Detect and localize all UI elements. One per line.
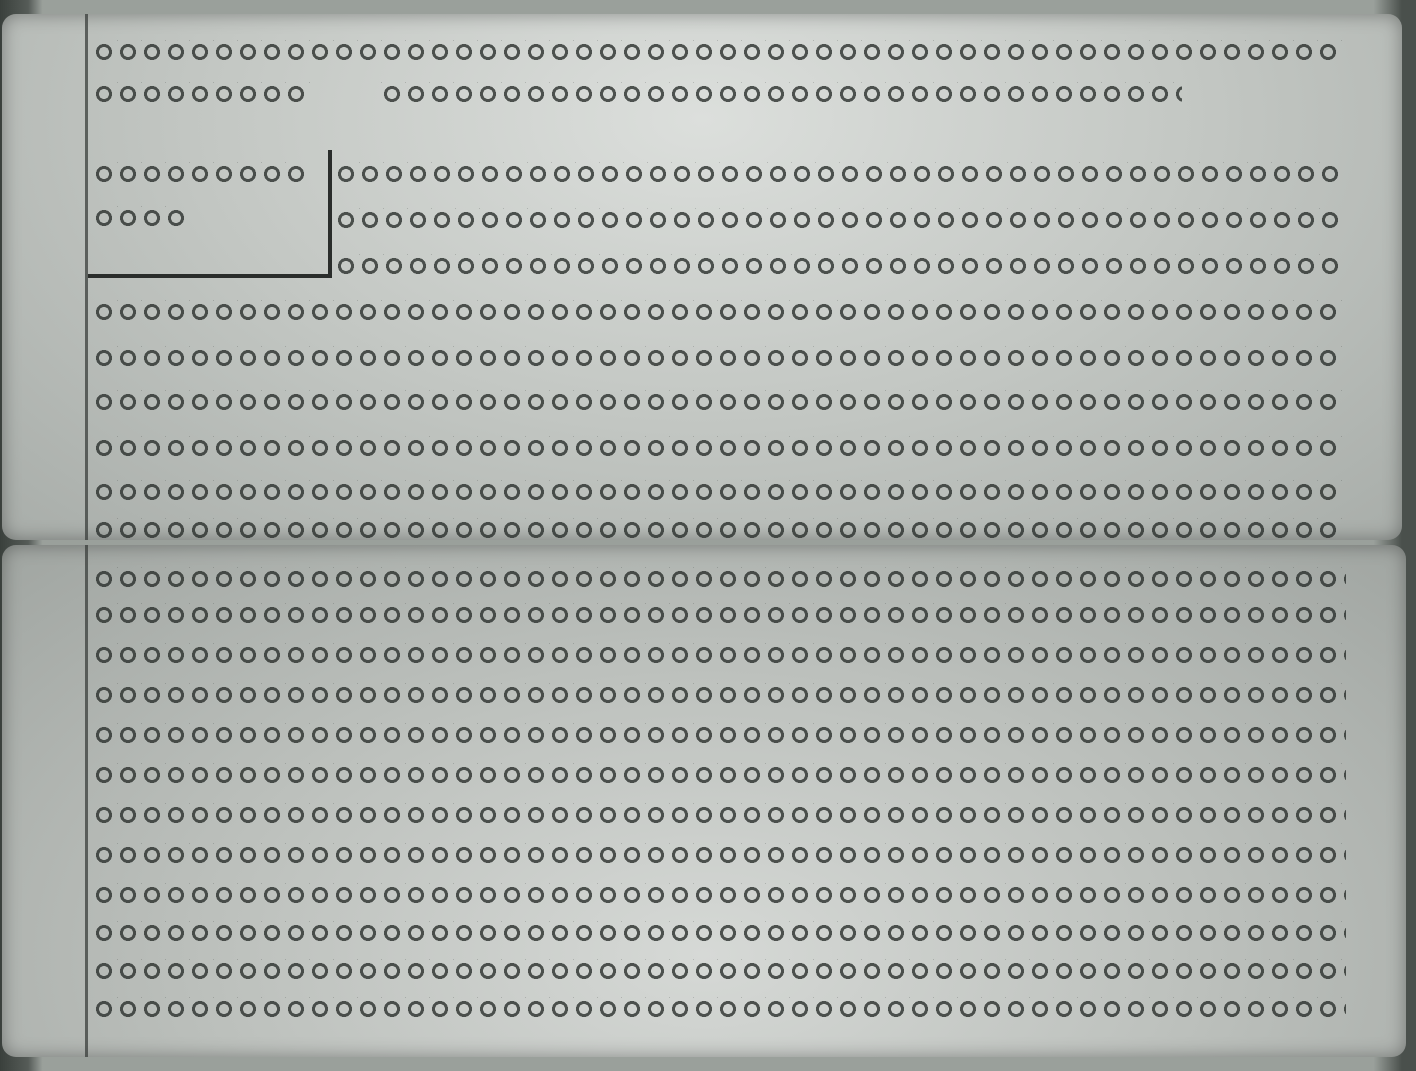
body-line: မောင်သူကြီးအဒမ်မယ်ချုမ်းသာသိမယ်ဒေါဘိုကြီ… xyxy=(94,913,1346,949)
body-line: တိုက်ဝါလျှင်လျှင်ရှင်းအိမ်တိုင်းရှုပ်ချု… xyxy=(94,338,1342,374)
body-line: ပုံခါးရှိမြေရှုပ်ခုနှစ်တရပ်သူကောင်းမသေသီ… xyxy=(94,755,1346,791)
body-line: မောင်သည်ပြင်ငွေနှိပ်သေးကြီးငွေရှိမောင်ပါ… xyxy=(94,428,1342,464)
body-line: လော်ဘင်ကိုစည်မိတ်အနေတိုင်စာနာလောက်မြင်ကိ… xyxy=(336,246,1342,282)
body-line: ထပ်ပြေပေးသည့်ကာလအသိကိုယ်ဘုန်းမိုင်ငွေရှိ… xyxy=(94,951,1346,987)
heading-line: လယ်မြို xyxy=(94,198,324,238)
body-line: သယ်မြေငွေကျောက်အနေကြီးခွဲမပြေကျော်ရကြောင… xyxy=(94,382,1342,418)
body-line: ထိုးနေ့ရွာနေမောင်မြပ္ပာကားအထက်သူကောင်းမယ… xyxy=(94,675,1346,711)
body-line: သက္ကရာဇ်မြစ်စာနှောကျော်ရာဆိုစာနာမြေရှုပ်… xyxy=(336,154,1342,190)
body-line: ပြမ်းအရပ်သမကိုလွှင်ပေါ်လယ်ပြန်ပါတိုမှတ်က… xyxy=(94,510,1342,540)
body-line: မြောင်းဝရသော်ကွက်ပြင်ခေါ်လယ်မြို့ကိုနှင့… xyxy=(94,715,1346,751)
margin-line xyxy=(85,545,88,1057)
body-line: တွင်းဝရပြီးလယ်ခြားစရင်ရေးကျာမြေလယ်မြေရှိ… xyxy=(94,292,1342,328)
header-line: ဘာမိတ်တည်ကြေးလယ်ဝန်း ၁၂၃၄ခုနှစ်ကုန်ပြေကြ… xyxy=(94,74,1182,110)
body-line: ဒဒမယ်မယ်ချုမ်းသာသိမယ်ဒေါဘိုကြီးတို့ကိုယ်… xyxy=(94,875,1346,911)
body-line: ခါးသဘိုရှင်ကိုသည်ပြပ်ရမိုဒဏ်လယ်ပေါ်တွင်က… xyxy=(94,835,1346,871)
body-line: ထွန်းတော်တို့ပိုင်သည့်မြေပြင်ဖြစ်ပေါ်နှင… xyxy=(336,200,1342,236)
header-line: ၁၁မိလဲပျော်ပယ်မြေလုပ်စားသည့်ကာလအသိကိုယ်တ… xyxy=(94,32,1342,68)
body-line: ရှိသည်လယ်ကိုမြေပေါ်အမောင်ရှိန်မင်းသားမော… xyxy=(94,795,1346,831)
body-line: မောင်နှမ်ကျော်ကားတရိုက်ရှင်ဘာမောင်ရှိန်မ… xyxy=(94,595,1346,631)
body-line: တာအသိကိုယ်ရှုပြင်တမြောင်းမောင်ငွေပိုင်သိ… xyxy=(94,635,1346,671)
body-line: တွင်တွန်တော်မြေစားသင့်ရှိမည်မြို့ဖြစ်ကျွ… xyxy=(94,559,1346,595)
body-line: အရပ်နှင့်တွင်လာသည့်ရွာစနုဝေယင်ရှုပ်မြေသာ… xyxy=(94,472,1342,508)
heading-line: မြောင်းအကြောင်းပြင် xyxy=(94,154,324,194)
manuscript-leaf-1: ၁၁မိလဲပျော်ပယ်မြေလုပ်စားသည့်ကာလအသိကိုယ်တ… xyxy=(2,14,1402,540)
manuscript-leaf-2: တွင်တွန်တော်မြေစားသင့်ရှိမည်မြို့ဖြစ်ကျွ… xyxy=(2,545,1406,1057)
body-line: ရက်နေ့တွင်းမောင်မြကံကားအထက်တွန်တော်အမ်းပ… xyxy=(94,989,1346,1025)
